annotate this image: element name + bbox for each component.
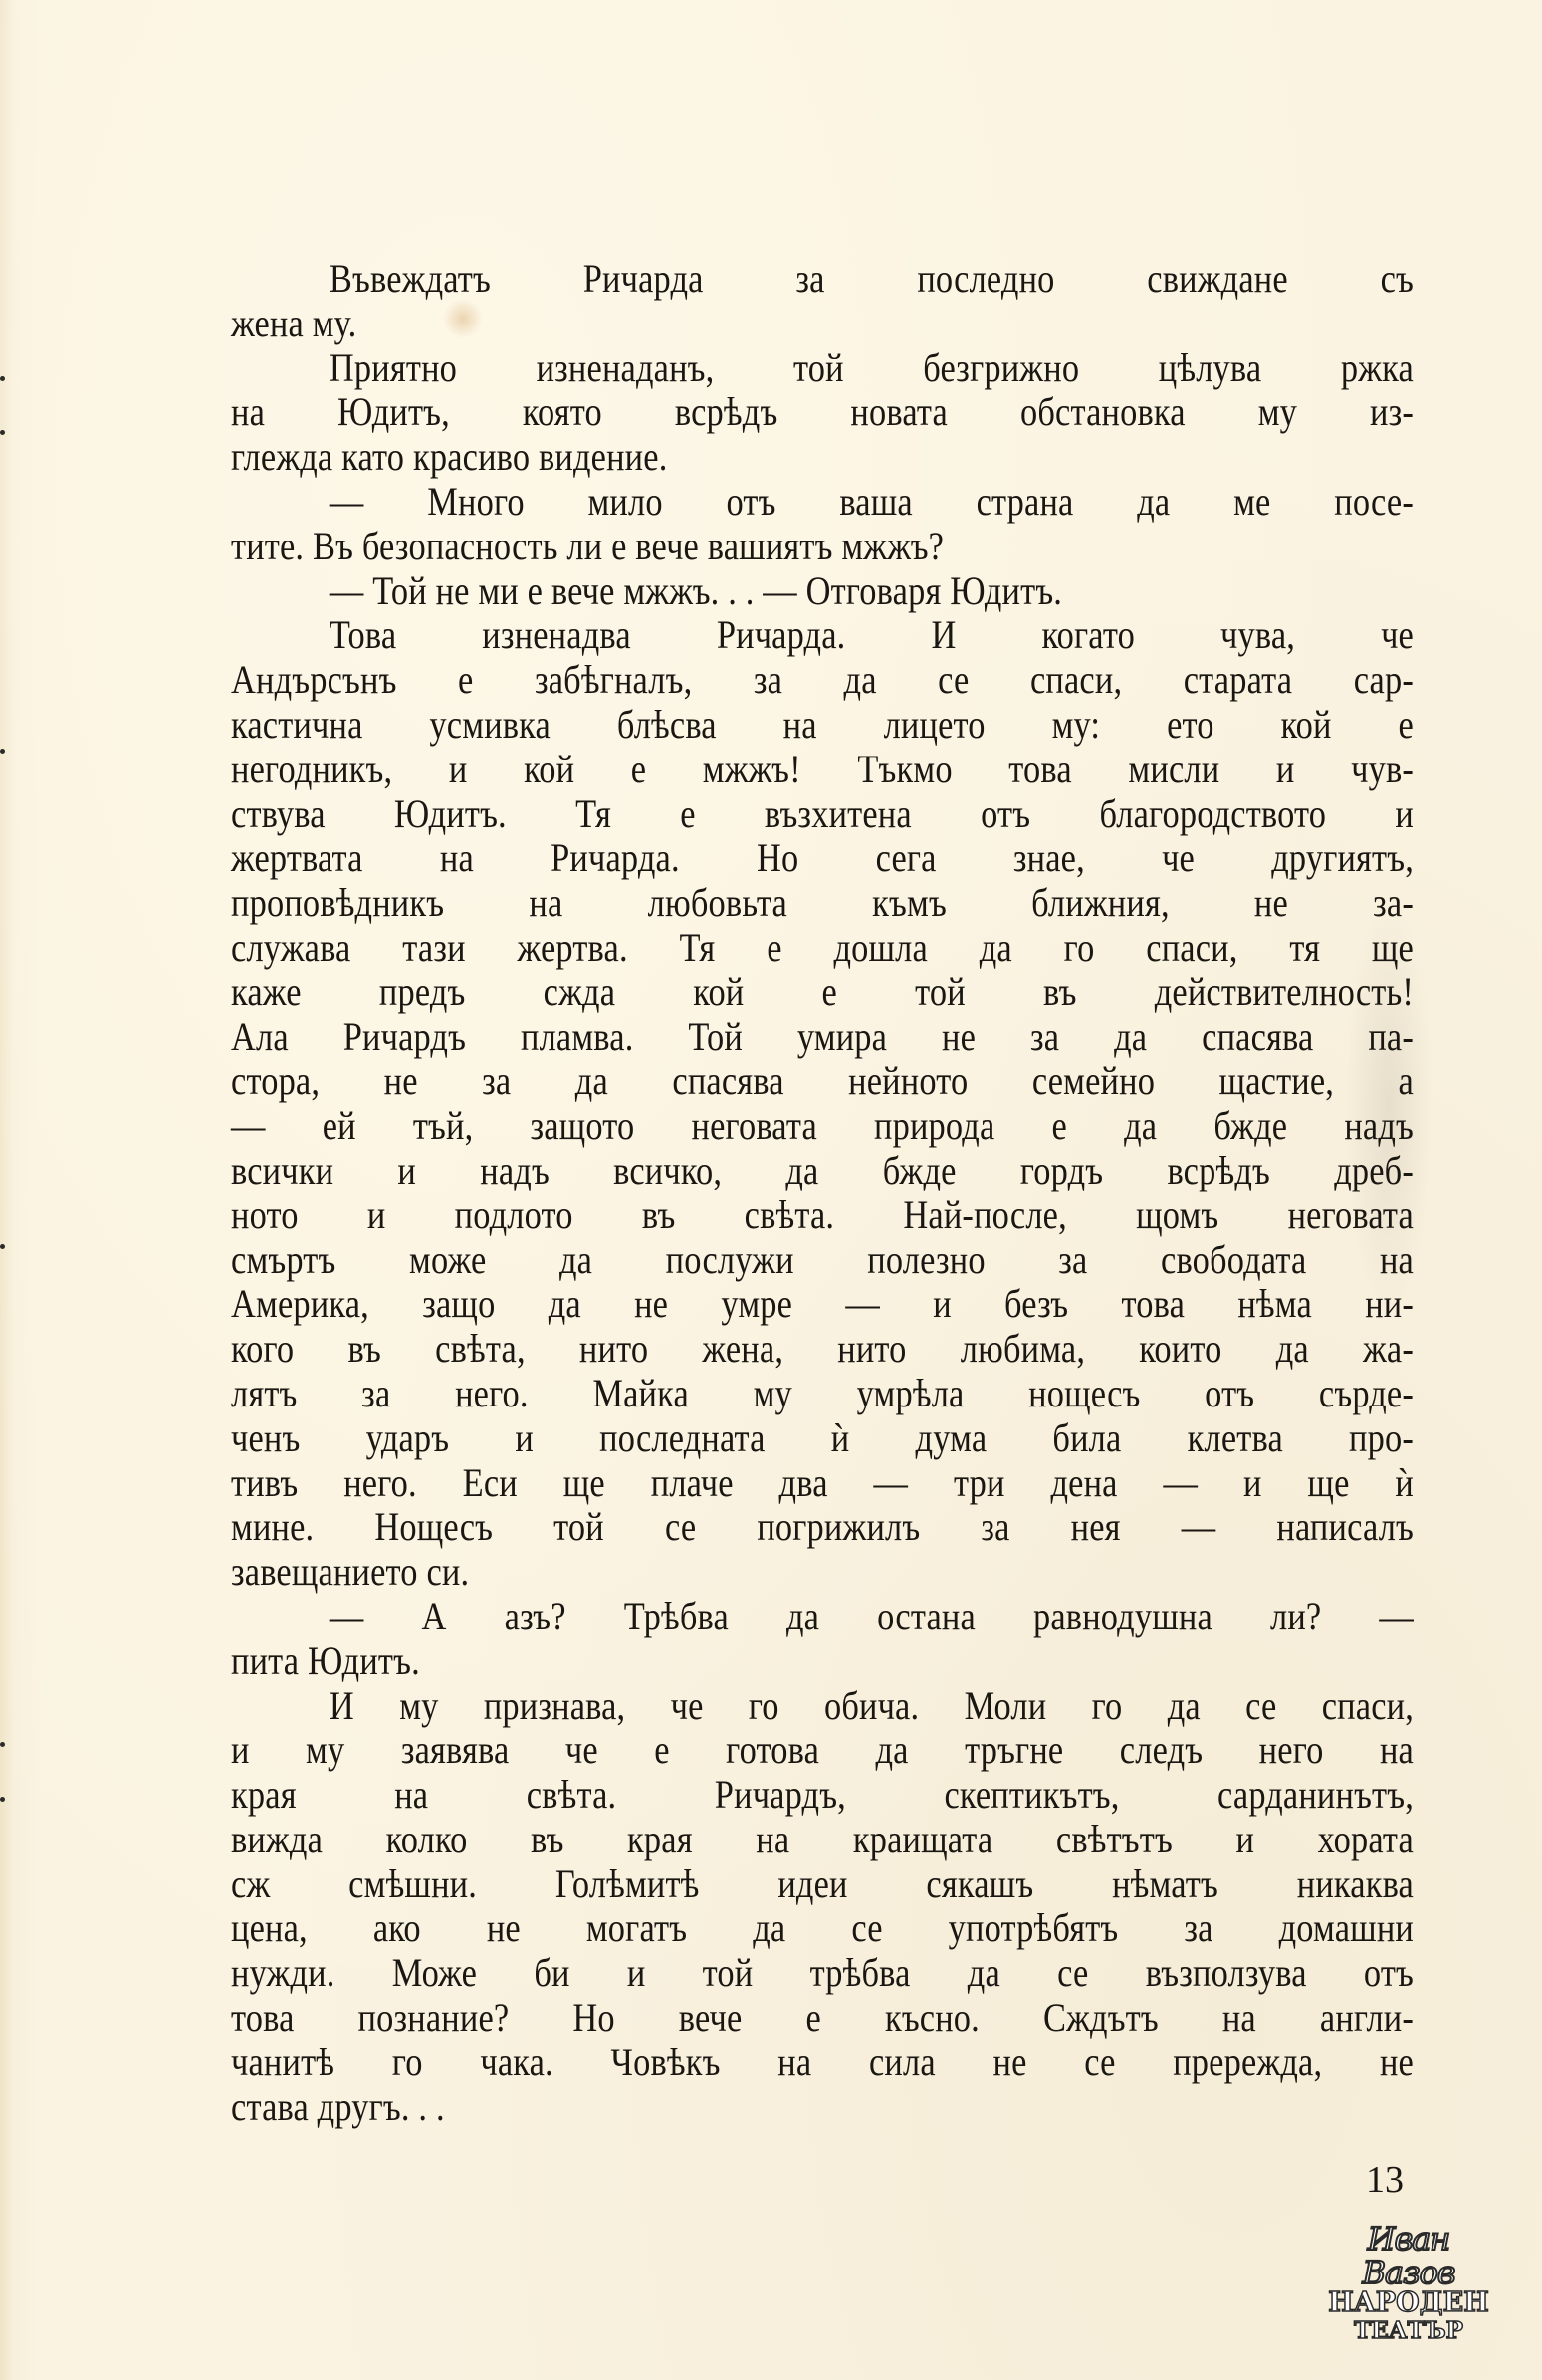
text-line: цена, ако не могатъ да се употрѣбятъ за … — [231, 1906, 1414, 1951]
text-line: — ей тъй, защото неговата природа е да б… — [231, 1104, 1414, 1149]
text-line: кого въ свѣта, нито жена, нито любима, к… — [231, 1327, 1414, 1372]
binding-mark — [0, 376, 5, 381]
paragraph: — Много мило отъ ваша страна да ме посе-… — [231, 480, 1414, 569]
text-line: И му признава, че го обича. Моли го да с… — [231, 1684, 1414, 1729]
text-line: Въвеждатъ Ричарда за последно свиждане с… — [231, 257, 1414, 302]
binding-mark — [0, 1244, 5, 1249]
binding-mark — [0, 749, 5, 754]
text-line: жена му. — [231, 302, 1414, 346]
text-line: Приятно изненаданъ, той безгрижно цѣлува… — [231, 346, 1414, 391]
paragraph: — А азъ? Трѣбва да остана равнодушна ли?… — [231, 1595, 1414, 1684]
text-line: края на свѣта. Ричардъ, скептикътъ, сард… — [231, 1773, 1414, 1818]
text-line: мине. Нощесъ той се погрижилъ за нея — н… — [231, 1505, 1414, 1550]
theatre-logo: Иван Вазов НАРОДЕН ТЕАТЪР — [1324, 2222, 1493, 2345]
text-line: ченъ ударъ и последната ѝ дума била клет… — [231, 1416, 1414, 1461]
text-line: ното и подлото въ свѣта. Най-после, щомъ… — [231, 1193, 1414, 1238]
logo-line-2: ТЕАТЪР — [1324, 2317, 1493, 2345]
text-line: тивъ него. Еси ще плаче два — три дена —… — [231, 1461, 1414, 1506]
page-number: 13 — [1366, 2158, 1404, 2202]
text-line: завещанието си. — [231, 1550, 1414, 1595]
text-line: пита Юдитъ. — [231, 1639, 1414, 1684]
text-line: Ала Ричардъ пламва. Той умира не за да с… — [231, 1015, 1414, 1060]
paragraph: — Той не ми е вече мжжъ. . . — Отговаря … — [231, 569, 1414, 614]
text-line: Това изненадва Ричарда. И когато чува, ч… — [231, 613, 1414, 658]
text-line: нужди. Може би и той трѣбва да се възпол… — [231, 1951, 1414, 1996]
text-line: — А азъ? Трѣбва да остана равнодушна ли?… — [231, 1595, 1414, 1639]
text-line: служава тази жертва. Тя е дошла да го сп… — [231, 926, 1414, 971]
text-line: негодникъ, и кой е мжжъ! Тъкмо това мисл… — [231, 748, 1414, 792]
text-line: Америка, защо да не умре — и безъ това н… — [231, 1282, 1414, 1327]
body-text: Въвеждатъ Ричарда за последно свиждане с… — [231, 257, 1414, 2129]
logo-line-1: НАРОДЕН — [1324, 2289, 1493, 2317]
text-line: стора, не за да спасява нейното семейно … — [231, 1059, 1414, 1104]
paragraph: Въвеждатъ Ричарда за последно свиждане с… — [231, 257, 1414, 346]
logo-signature: Иван Вазов — [1324, 2222, 1493, 2289]
text-line: тите. Въ безопасность ли е вече вашиятъ … — [231, 525, 1414, 569]
text-line: Андърсънъ е забѣгналъ, за да се спаси, с… — [231, 658, 1414, 703]
text-line: сж смѣшни. Голѣмитѣ идеи сякашъ нѣматъ н… — [231, 1862, 1414, 1907]
text-line: смъртъ може да послужи полезно за свобод… — [231, 1238, 1414, 1283]
text-line: жертвата на Ричарда. Но сега знае, че др… — [231, 836, 1414, 881]
binding-mark — [0, 1742, 5, 1747]
paragraph: Приятно изненаданъ, той безгрижно цѣлува… — [231, 346, 1414, 480]
text-line: проповѣдникъ на любовьта къмъ ближния, н… — [231, 881, 1414, 926]
text-line: глежда като красиво видение. — [231, 435, 1414, 480]
text-line: каже предъ сжда кой е той въ действителн… — [231, 971, 1414, 1015]
binding-mark — [0, 1797, 5, 1802]
text-line: на Юдитъ, която всрѣдъ новата обстановка… — [231, 390, 1414, 435]
text-line: — Много мило отъ ваша страна да ме посе- — [231, 480, 1414, 525]
paragraph: И му признава, че го обича. Моли го да с… — [231, 1684, 1414, 2130]
text-line: всички и надъ всичко, да бжде гордъ всрѣ… — [231, 1149, 1414, 1193]
text-line: кастична усмивка блѣсва на лицето му: ет… — [231, 703, 1414, 748]
text-line: чанитѣ го чака. Човѣкъ на сила не се пре… — [231, 2041, 1414, 2085]
text-line: и му заявява че е готова да тръгне следъ… — [231, 1728, 1414, 1773]
paragraph: Това изненадва Ричарда. И когато чува, ч… — [231, 613, 1414, 1595]
text-line: вижда колко въ края на краищата свѣтътъ … — [231, 1818, 1414, 1862]
text-line: това познание? Но вече е късно. Сждътъ н… — [231, 1996, 1414, 2041]
text-line: ствува Юдитъ. Тя е възхитена отъ благоро… — [231, 792, 1414, 837]
text-line: — Той не ми е вече мжжъ. . . — Отговаря … — [231, 569, 1414, 614]
text-line: лятъ за него. Майка му умрѣла нощесъ отъ… — [231, 1372, 1414, 1416]
binding-mark — [0, 430, 5, 435]
text-line: става другъ. . . — [231, 2085, 1414, 2130]
